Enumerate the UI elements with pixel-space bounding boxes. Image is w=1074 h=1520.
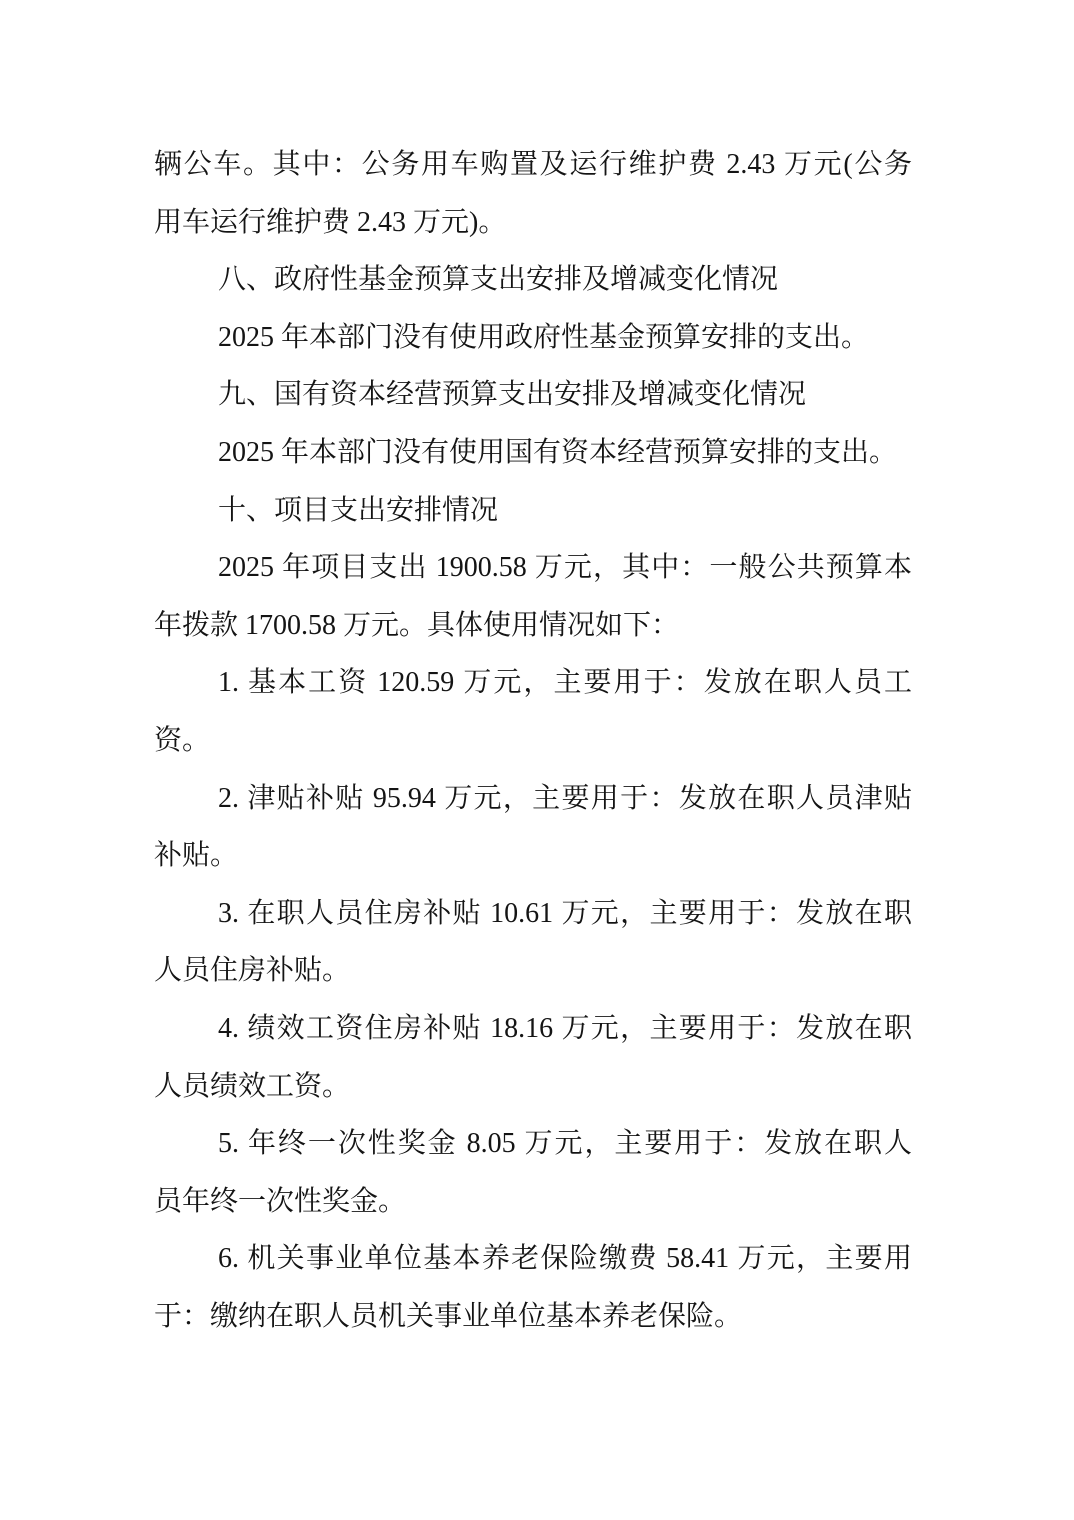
body-text-line: 2025 年本部门没有使用国有资本经营预算安排的支出。 bbox=[154, 424, 912, 482]
body-text-line: 辆公车。其中：公务用车购置及运行维护费 2.43 万元(公务 bbox=[154, 136, 912, 194]
body-text-line: 2025 年项目支出 1900.58 万元，其中：一般公共预算本 bbox=[154, 539, 912, 597]
body-text-line: 1. 基本工资 120.59 万元，主要用于：发放在职人员工 bbox=[154, 654, 912, 712]
document-page: 辆公车。其中：公务用车购置及运行维护费 2.43 万元(公务用车运行维护费 2.… bbox=[0, 0, 1074, 1520]
body-text-line: 资。 bbox=[154, 712, 912, 770]
body-text-line: 5. 年终一次性奖金 8.05 万元，主要用于：发放在职人 bbox=[154, 1115, 912, 1173]
body-text-line: 6. 机关事业单位基本养老保险缴费 58.41 万元，主要用 bbox=[154, 1230, 912, 1288]
body-text-line: 补贴。 bbox=[154, 827, 912, 885]
body-text-line: 于：缴纳在职人员机关事业单位基本养老保险。 bbox=[154, 1288, 912, 1346]
body-text-line: 人员绩效工资。 bbox=[154, 1058, 912, 1116]
section-heading: 八、政府性基金预算支出安排及增减变化情况 bbox=[154, 251, 912, 309]
section-heading: 九、国有资本经营预算支出安排及增减变化情况 bbox=[154, 366, 912, 424]
section-heading: 十、项目支出安排情况 bbox=[154, 482, 912, 540]
body-text-line: 员年终一次性奖金。 bbox=[154, 1173, 912, 1231]
body-text-line: 人员住房补贴。 bbox=[154, 942, 912, 1000]
body-text-line: 2025 年本部门没有使用政府性基金预算安排的支出。 bbox=[154, 309, 912, 367]
body-text-line: 2. 津贴补贴 95.94 万元，主要用于：发放在职人员津贴 bbox=[154, 770, 912, 828]
body-text-line: 用车运行维护费 2.43 万元)。 bbox=[154, 194, 912, 252]
body-text-line: 年拨款 1700.58 万元。具体使用情况如下： bbox=[154, 597, 912, 655]
body-text-line: 4. 绩效工资住房补贴 18.16 万元，主要用于：发放在职 bbox=[154, 1000, 912, 1058]
document-body: 辆公车。其中：公务用车购置及运行维护费 2.43 万元(公务用车运行维护费 2.… bbox=[154, 136, 912, 1345]
body-text-line: 3. 在职人员住房补贴 10.61 万元，主要用于：发放在职 bbox=[154, 885, 912, 943]
